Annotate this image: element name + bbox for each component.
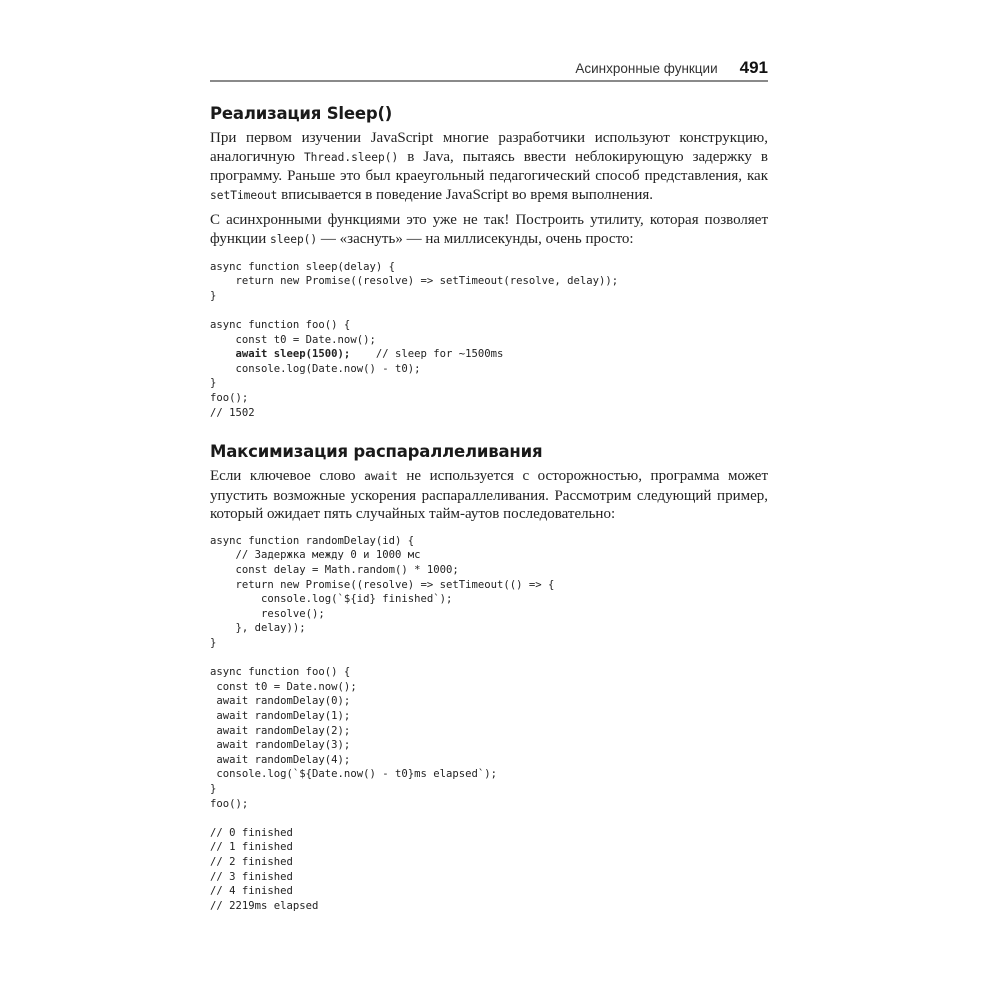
bold-await-line: await sleep(1500);: [210, 348, 350, 360]
paragraph-sleep-intro: При первом изучении JavaScript многие ра…: [210, 129, 768, 205]
section-heading-sleep: Реализация Sleep(): [210, 104, 768, 123]
text: вписывается в поведение JavaScript во вр…: [277, 187, 653, 203]
running-head: Асинхронные функции 491: [575, 58, 768, 78]
code-block-sleep: async function sleep(delay) { return new…: [210, 260, 768, 421]
paragraph-sleep-utility: С асинхронными функциями это уже не так!…: [210, 211, 768, 249]
header-rule: [210, 80, 768, 82]
inline-code: setTimeout: [210, 189, 277, 202]
page-content: Реализация Sleep() При первом изучении J…: [210, 104, 768, 913]
inline-code: sleep(): [270, 233, 317, 246]
paragraph-parallel-intro: Если ключевое слово await не используетс…: [210, 467, 768, 524]
text: Если ключевое слово: [210, 468, 364, 484]
inline-code: Thread.sleep(): [304, 151, 398, 164]
section-heading-parallel: Максимизация распараллеливания: [210, 442, 768, 461]
page-number: 491: [740, 58, 768, 78]
text: — «заснуть» — на миллисекунды, очень про…: [317, 231, 633, 247]
running-head-title: Асинхронные функции: [575, 61, 717, 76]
code-block-random-delay: async function randomDelay(id) { // Заде…: [210, 534, 768, 913]
inline-code: await: [364, 470, 398, 483]
